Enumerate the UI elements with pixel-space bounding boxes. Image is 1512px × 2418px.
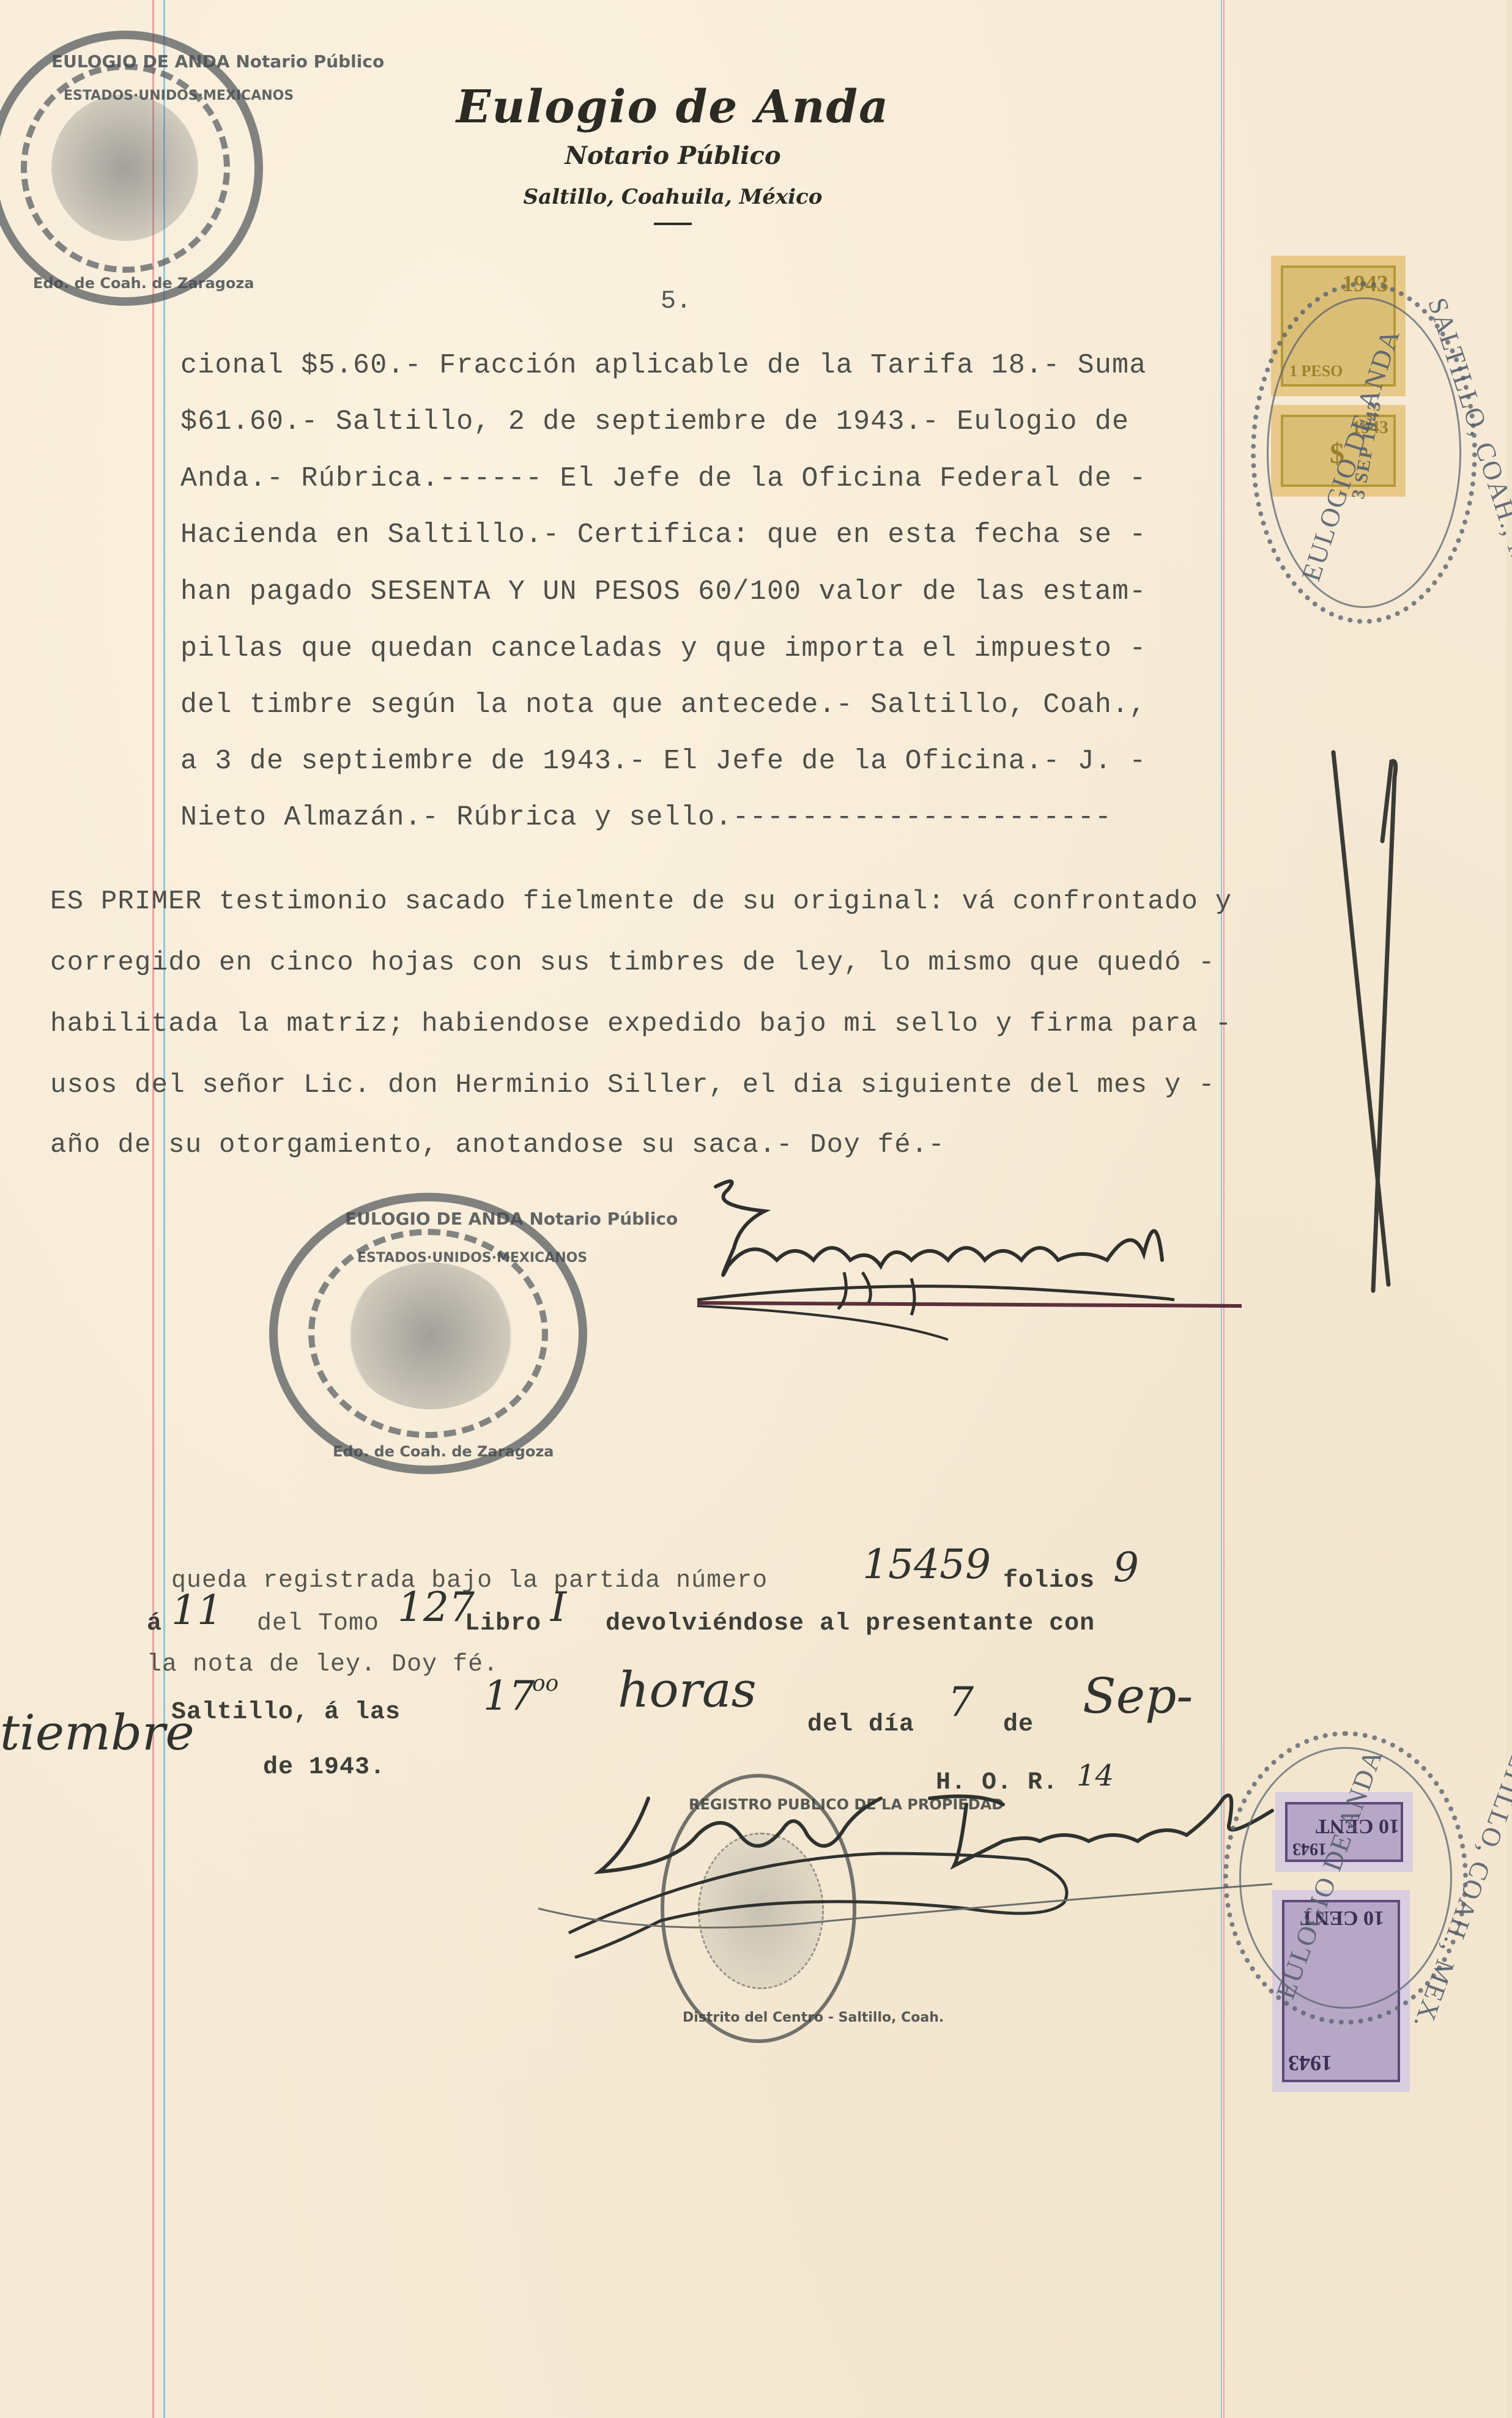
body-line: del timbre según la nota que antecede.- … <box>180 691 1146 719</box>
body-line: a 3 de septiembre de 1943.- El Jefe de l… <box>180 747 1146 775</box>
reg-line4-prefix: Saltillo, á las <box>171 1700 401 1725</box>
tomo-number: 127 <box>398 1587 475 1628</box>
hour: 17 <box>483 1676 535 1716</box>
letterhead-rule <box>654 223 692 225</box>
letterhead: Eulogio de Anda Notario Público Saltillo… <box>428 80 917 225</box>
oval-notary-seal-bottom: EULOGIO DE ANDA SALTILLO, COAH., MEX. <box>1223 1731 1468 2025</box>
body-line: pillas que quedan canceladas y que impor… <box>180 635 1146 662</box>
folios-from: 9 <box>1113 1548 1139 1588</box>
testimonio-line: año de su otorgamiento, anotandose su sa… <box>50 1132 945 1159</box>
month-part-b: tiembre <box>0 1713 195 1753</box>
reg-line2-suffix: devolviéndose al presentante con <box>606 1612 1095 1636</box>
partida-number: 15459 <box>862 1545 991 1585</box>
body-line: cional $5.60.- Fracción aplicable de la … <box>180 352 1146 379</box>
body-line: Nieto Almazán.- Rúbrica y sello.--------… <box>180 804 1112 831</box>
testimonio-line: ES PRIMER testimonio sacado fielmente de… <box>50 888 1232 916</box>
stamp-year: 1943 <box>1288 2050 1332 2076</box>
seal-outer-text: EULOGIO DE ANDA Notario Público <box>51 51 384 72</box>
left-margin-line-blue <box>163 0 165 2418</box>
notary-name: Eulogio de Anda <box>428 80 917 135</box>
testimonio-line: corregido en cinco hojas con sus timbres… <box>50 949 1215 977</box>
document-page: EULOGIO DE ANDA Notario Público ESTADOS·… <box>0 0 1512 2418</box>
body-line: Anda.- Rúbrica.------ El Jefe de la Ofic… <box>180 465 1146 492</box>
seal-inner-text: ESTADOS·UNIDOS·MEXICANOS <box>357 1250 587 1266</box>
page-number: 5. <box>661 286 691 316</box>
seal-bottom-text: Edo. de Coah. de Zaragoza <box>33 275 254 292</box>
oval-notary-seal-top: EULOGIO DE ANDA SALTILLO, COAH., MEX. 3 … <box>1251 281 1477 624</box>
notary-seal-top: EULOGIO DE ANDA Notario Público ESTADOS·… <box>0 31 263 306</box>
body-line: Hacienda en Saltillo.- Certifica: que en… <box>180 521 1146 549</box>
libro-label: Libro <box>465 1612 541 1636</box>
body-line: han pagado SESENTA Y UN PESOS 60/100 val… <box>180 578 1146 606</box>
tomo-label: del Tomo <box>257 1612 379 1636</box>
registry-signature <box>538 1762 1284 1994</box>
year-label: de 1943. <box>263 1756 385 1780</box>
testimonio-line: usos del señor Lic. don Herminio Siller,… <box>50 1072 1215 1099</box>
reg-line2-prefix: á <box>147 1612 162 1636</box>
horas-word: horas <box>618 1670 757 1710</box>
day-number: 7 <box>948 1682 974 1723</box>
reg-line3: la nota de ley. Doy fé. <box>147 1653 498 1677</box>
mexican-eagle-emblem-icon <box>345 1263 516 1409</box>
notary-title: Notario Público <box>428 135 917 177</box>
de-label: de <box>1003 1713 1034 1737</box>
notary-seal-middle: EULOGIO DE ANDA Notario Público ESTADOS·… <box>269 1193 587 1474</box>
notary-city: Saltillo, Coahuila, México <box>428 177 917 217</box>
folios-label: folios <box>1003 1569 1095 1593</box>
seal-outer-text: EULOGIO DE ANDA Notario Público <box>345 1209 678 1229</box>
paper-edge <box>1506 0 1512 2418</box>
seal-inner-text: ESTADOS·UNIDOS·MEXICANOS <box>64 88 294 103</box>
hour-superscript: oo <box>532 1664 558 1704</box>
dia-label: del día <box>807 1713 914 1737</box>
month-part-a: Sep- <box>1083 1676 1193 1716</box>
notary-signature <box>691 1168 1254 1315</box>
testimonio-line: habilitada la matriz; habiendose expedid… <box>50 1011 1232 1038</box>
folios-to: 11 <box>171 1590 223 1631</box>
left-margin-line-red <box>152 0 154 2418</box>
registry-seal-bottom-text: Distrito del Centro - Saltillo, Coah. <box>683 2010 944 2025</box>
mexican-eagle-emblem-icon <box>51 94 198 241</box>
margin-closing-stroke <box>1315 746 1413 1297</box>
body-line: $61.60.- Saltillo, 2 de septiembre de 19… <box>180 408 1129 436</box>
libro-number: I <box>550 1587 566 1628</box>
seal-bottom-text: Edo. de Coah. de Zaragoza <box>333 1443 554 1460</box>
